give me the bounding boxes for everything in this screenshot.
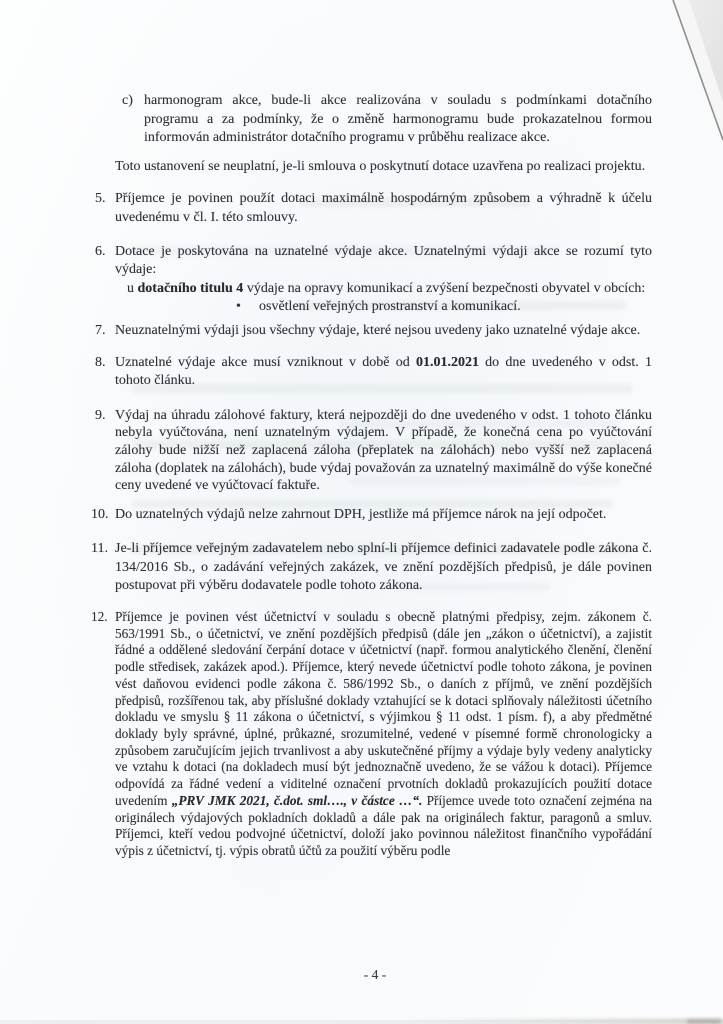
item-8-text: Uznatelné výdaje akce musí vzniknout v d… bbox=[115, 355, 652, 389]
item-5-text: Příjemce je povinen použít dotaci maximá… bbox=[115, 191, 652, 225]
item-11: 11.Je-li příjemce veřejným zadavatelem n… bbox=[115, 540, 652, 596]
item-10-text: Do uznatelných výdajů nelze zahrnout DPH… bbox=[115, 507, 606, 522]
item-7-marker: 7. bbox=[95, 322, 106, 341]
item-7-text: Neuznatelnými výdaji jsou všechny výdaje… bbox=[115, 323, 640, 338]
para-toto-text: Toto ustanovení se neuplatní, je-li smlo… bbox=[115, 159, 645, 174]
item-12: 12.Příjemce je povinen vést účetnictví v… bbox=[115, 609, 652, 860]
item-5-marker: 5. bbox=[95, 190, 106, 209]
item-9-text: Výdaj na úhradu zálohové faktury, která … bbox=[115, 408, 652, 493]
item-12-marker: 12. bbox=[91, 609, 108, 626]
item-12-text: Příjemce je povinen vést účetnictví v so… bbox=[115, 609, 652, 858]
item-11-text: Je-li příjemce veřejným zadavatelem nebo… bbox=[115, 541, 652, 593]
item-11-marker: 11. bbox=[91, 540, 108, 559]
item-10: 10.Do uznatelných výdajů nelze zahrnout … bbox=[115, 506, 652, 525]
item-10-marker: 10. bbox=[91, 506, 109, 525]
para-toto: Toto ustanovení se neuplatní, je-li smlo… bbox=[115, 158, 652, 177]
page-corner-fold bbox=[663, 0, 723, 150]
document-page: c)harmonogram akce, bude-li akce realizo… bbox=[0, 0, 723, 1024]
bullet-icon: • bbox=[236, 298, 259, 317]
item-8-marker: 8. bbox=[95, 354, 106, 373]
item-9: 9.Výdaj na úhradu zálohové faktury, kter… bbox=[115, 407, 652, 495]
item-6-bullet: •osvětlení veřejných prostranství a komu… bbox=[236, 298, 652, 317]
item-9-marker: 9. bbox=[95, 407, 106, 425]
item-6: 6.Dotace je poskytována na uznatelné výd… bbox=[115, 243, 652, 280]
item-6-text: Dotace je poskytována na uznatelné výdaj… bbox=[115, 244, 652, 278]
page-number: - 4 - bbox=[52, 967, 698, 983]
item-c-marker: c) bbox=[122, 92, 133, 111]
item-6-marker: 6. bbox=[95, 243, 106, 262]
document-body: c)harmonogram akce, bude-li akce realizo… bbox=[115, 92, 652, 860]
item-c: c)harmonogram akce, bude-li akce realizo… bbox=[144, 92, 652, 148]
item-6-bullet-text: osvětlení veřejných prostranství a komun… bbox=[259, 298, 521, 317]
item-6-sub: u dotačního titulu 4 výdaje na opravy ko… bbox=[127, 280, 652, 299]
item-6-sub-text: u dotačního titulu 4 výdaje na opravy ko… bbox=[127, 281, 645, 296]
item-7: 7.Neuznatelnými výdaji jsou všechny výda… bbox=[115, 322, 652, 341]
item-8: 8.Uznatelné výdaje akce musí vzniknout v… bbox=[115, 354, 652, 391]
item-c-text: harmonogram akce, bude-li akce realizová… bbox=[144, 93, 652, 145]
item-5: 5.Příjemce je povinen použít dotaci maxi… bbox=[115, 190, 652, 227]
